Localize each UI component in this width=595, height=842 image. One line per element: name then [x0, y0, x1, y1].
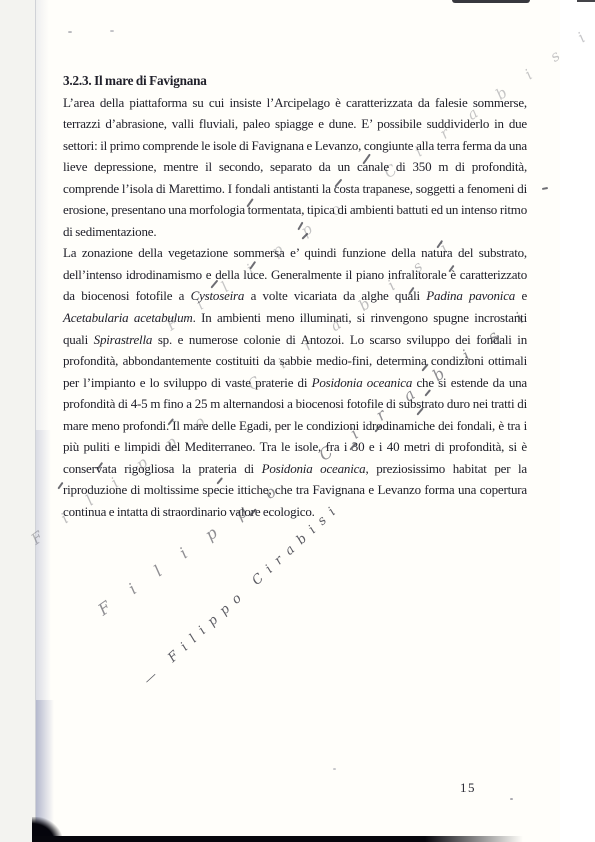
body-paragraphs: L’area della piattaforma su cui insiste …	[63, 92, 527, 523]
scan-speck	[333, 768, 336, 770]
page-number: 15	[460, 780, 476, 796]
scanner-background-strip	[0, 0, 36, 842]
scan-speck	[110, 30, 114, 32]
body-paragraph: L’area della piattaforma su cui insiste …	[63, 92, 527, 243]
scan-speck	[68, 31, 72, 33]
scan-speck	[510, 798, 513, 800]
scanned-document-page: 3.2.3. Il mare di Favignana L’area della…	[0, 0, 595, 842]
body-paragraph: La zonazione della vegetazione sommersa …	[63, 242, 527, 522]
spine-shadow-middle	[36, 430, 51, 700]
scan-top-edge-artifact	[452, 0, 530, 3]
scan-top-corner-artifact	[577, 0, 595, 2]
scan-bottom-edge	[33, 836, 523, 842]
text-block: 3.2.3. Il mare di Favignana L’area della…	[63, 70, 527, 522]
section-title: 3.2.3. Il mare di Favignana	[63, 70, 527, 92]
spine-shadow-top	[36, 0, 49, 430]
